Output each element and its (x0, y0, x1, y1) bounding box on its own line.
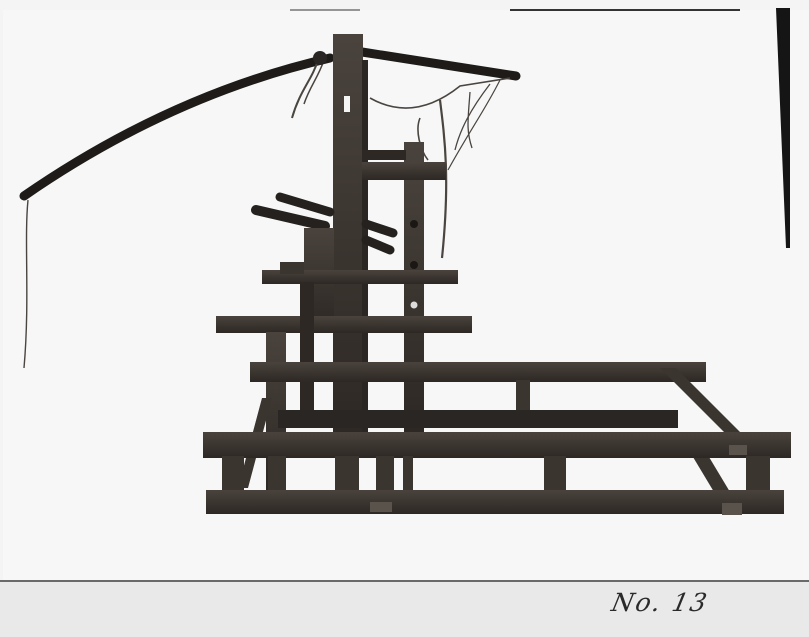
catalog-number-label: No. 13 (609, 588, 711, 617)
photo-print (0, 0, 809, 582)
breast-beam (216, 316, 472, 333)
inner-rail (278, 410, 678, 428)
right-post (404, 142, 424, 434)
loom-photo (0, 0, 809, 580)
upper-crossbar (362, 162, 446, 180)
front-rail (203, 432, 791, 458)
back-rail (250, 362, 706, 382)
bottom-rail (206, 490, 784, 514)
